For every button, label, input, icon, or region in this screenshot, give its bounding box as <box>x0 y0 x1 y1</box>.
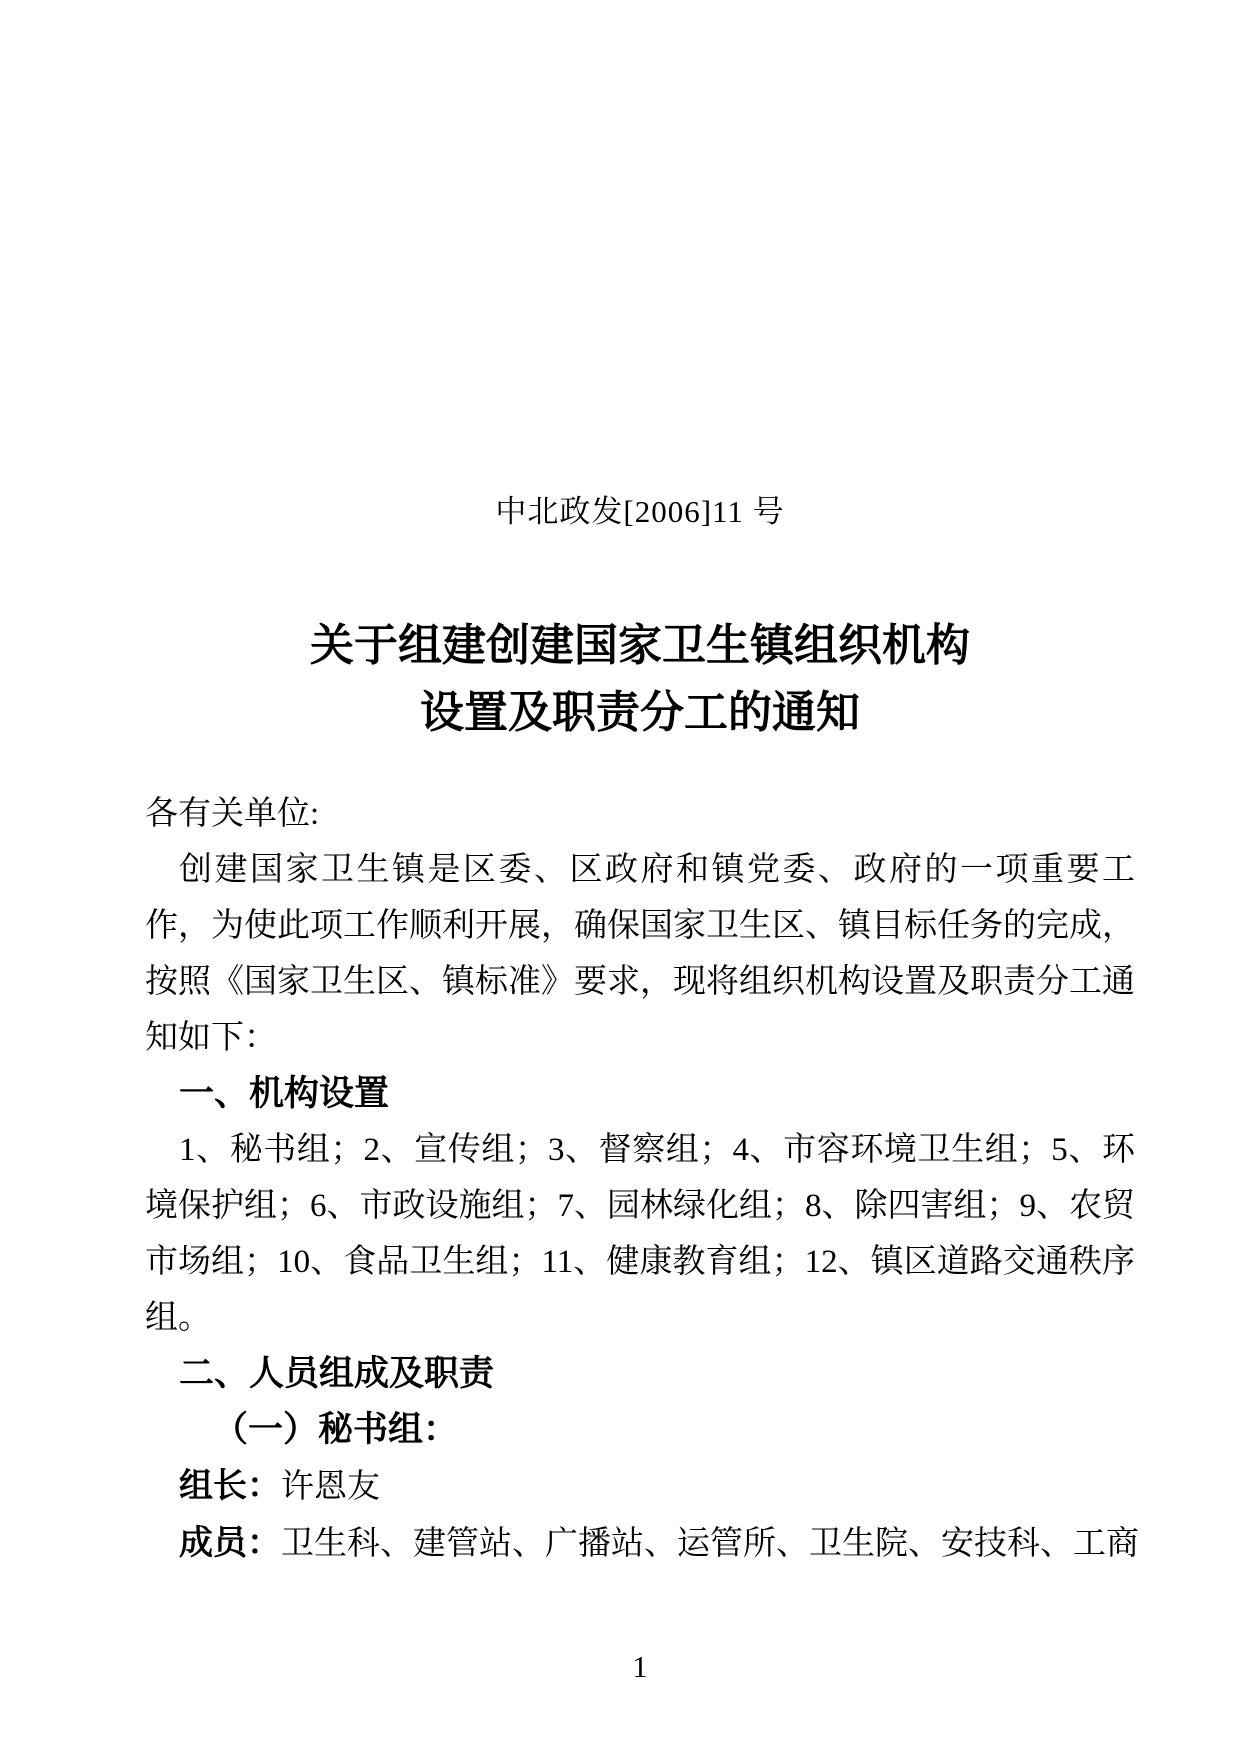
doc-number: 中北政发[2006]11 号 <box>145 493 1135 531</box>
salutation: 各有关单位: <box>145 786 1135 842</box>
document-body: 各有关单位: 创建国家卫生镇是区委、区政府和镇党委、政府的一项重要工作，为使此项… <box>145 786 1135 1572</box>
document-page: 中北政发[2006]11 号 关于组建创建国家卫生镇组织机构 设置及职责分工的通… <box>0 0 1241 1754</box>
members-list: 卫生科、建管站、广播站、运管所、卫生院、安技科、工商 <box>281 1526 1139 1562</box>
title-line-2: 设置及职责分工的通知 <box>145 679 1135 746</box>
section-1-heading: 一、机构设置 <box>145 1066 1135 1122</box>
subsection-1-heading: （一）秘书组： <box>145 1402 1135 1458</box>
leader-line: 组长：许恩友 <box>145 1458 1135 1515</box>
leader-label: 组长： <box>179 1467 281 1505</box>
title-line-1: 关于组建创建国家卫生镇组织机构 <box>145 612 1135 679</box>
document-title: 关于组建创建国家卫生镇组织机构 设置及职责分工的通知 <box>145 612 1135 746</box>
section-2-heading: 二、人员组成及职责 <box>145 1346 1135 1402</box>
page-number: 1 <box>145 1648 1135 1686</box>
leader-name: 许恩友 <box>281 1469 380 1505</box>
intro-paragraph: 创建国家卫生镇是区委、区政府和镇党委、政府的一项重要工作，为使此项工作顺利开展，… <box>145 842 1135 1066</box>
members-label: 成员： <box>179 1524 281 1562</box>
members-line: 成员：卫生科、建管站、广播站、运管所、卫生院、安技科、工商 <box>145 1515 1135 1572</box>
groups-list-paragraph: 1、秘书组；2、宣传组；3、督察组；4、市容环境卫生组；5、环境保护组；6、市政… <box>145 1122 1135 1346</box>
